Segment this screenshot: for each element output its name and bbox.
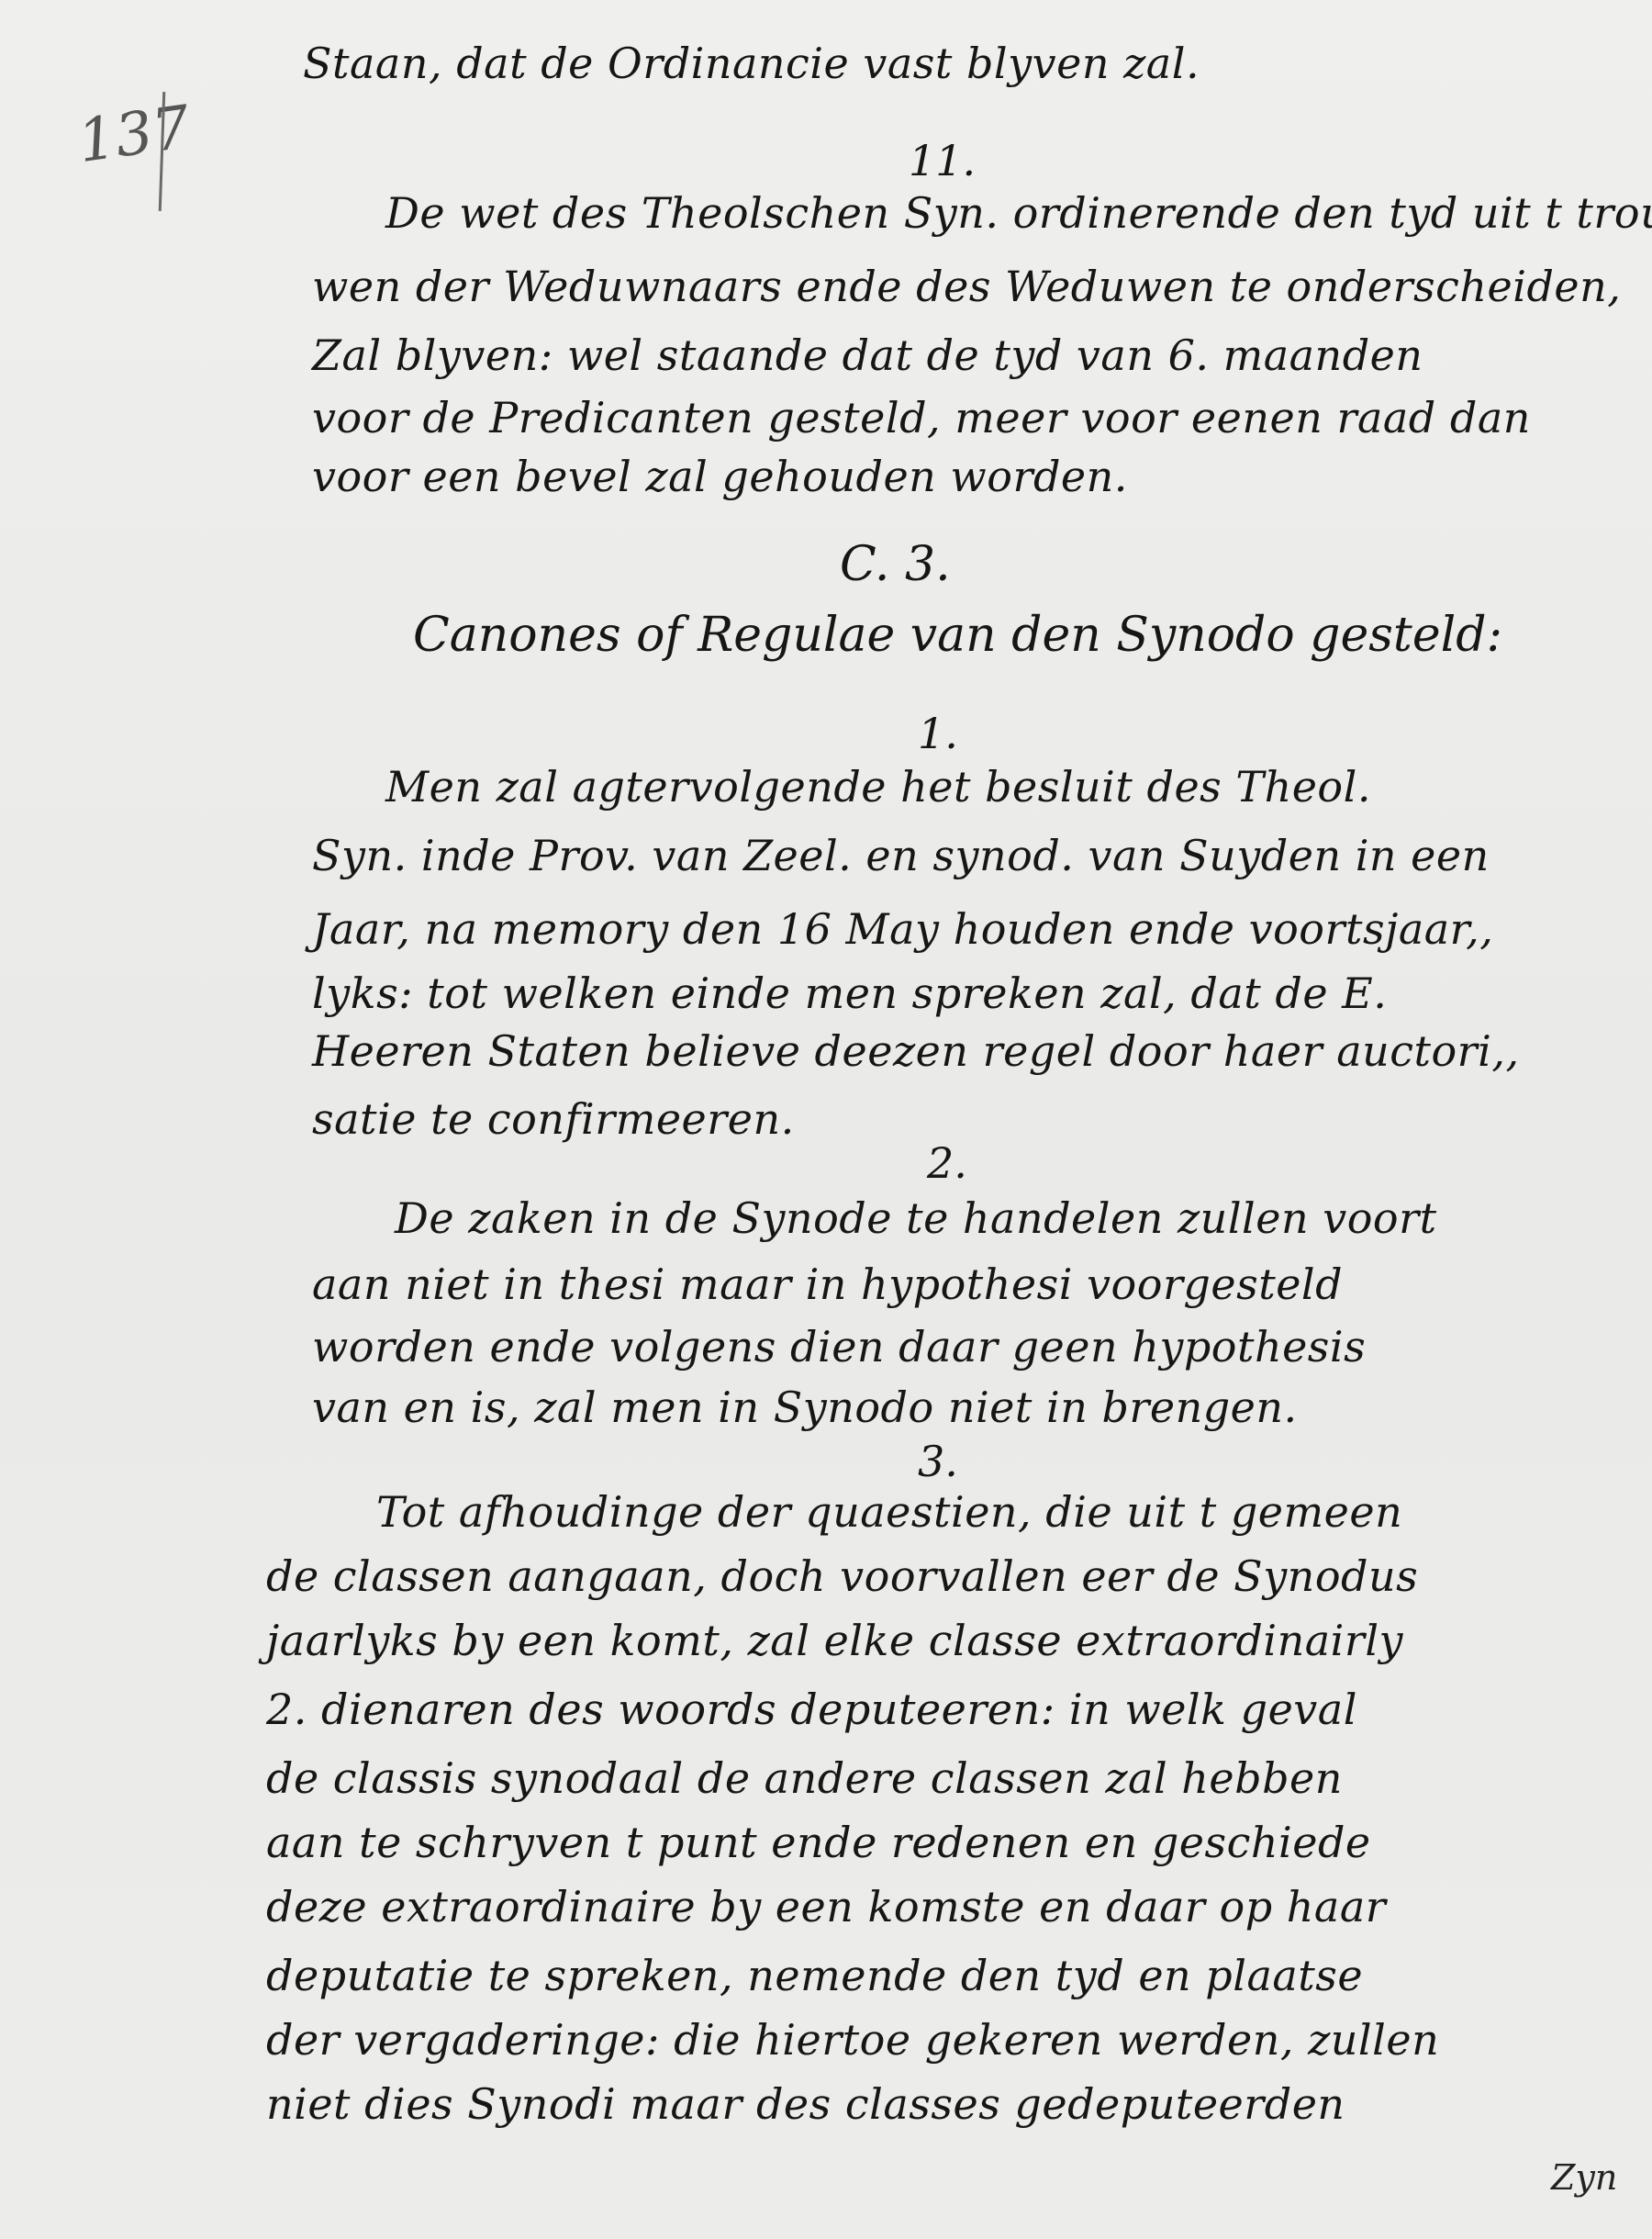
text-line: 2. dienaren des woords deputeeren: in we… xyxy=(266,1685,1357,1734)
text-line: Zal blyven: wel staande dat de tyd van 6… xyxy=(312,330,1423,380)
text-line: Men zal agtervolgende het besluit des Th… xyxy=(385,762,1371,812)
text-line: de classen aangaan, doch voorvallen eer … xyxy=(266,1551,1418,1601)
text-line: Syn. inde Prov. van Zeel. en synod. van … xyxy=(312,831,1490,880)
section-number-1: 1. xyxy=(918,709,958,758)
text-line: deze extraordinaire by een komste en daa… xyxy=(266,1882,1386,1931)
manuscript-page: 137 Staan, dat de Ordinancie vast blyven… xyxy=(0,0,1652,2239)
top-line: Staan, dat de Ordinancie vast blyven zal… xyxy=(303,39,1200,88)
text-line: De wet des Theolschen Syn. ordinerende d… xyxy=(385,188,1652,238)
section-number-11: 11. xyxy=(909,136,976,185)
text-line: de classis synodaal de andere classen za… xyxy=(266,1753,1343,1803)
chapter-label: C. 3. xyxy=(840,537,951,592)
text-line: wen der Weduwnaars ende des Weduwen te o… xyxy=(312,262,1621,311)
text-line: lyks: tot welken einde men spreken zal, … xyxy=(312,968,1387,1018)
text-line: voor een bevel zal gehouden worden. xyxy=(312,452,1128,501)
section-number-2: 2. xyxy=(927,1138,967,1188)
text-line: niet dies Synodi maar des classes gedepu… xyxy=(266,2079,1345,2129)
text-line: worden ende volgens dien daar geen hypot… xyxy=(312,1322,1366,1371)
chapter-title: Canones of Regulae van den Synodo gestel… xyxy=(413,608,1502,663)
text-line: Heeren Staten believe deezen regel door … xyxy=(312,1026,1520,1076)
text-line: der vergaderinge: die hiertoe gekeren we… xyxy=(266,2015,1439,2065)
text-line: satie te confirmeeren. xyxy=(312,1094,795,1144)
text-line: deputatie te spreken, nemende den tyd en… xyxy=(266,1951,1363,2000)
text-line: De zaken in de Synode te handelen zullen… xyxy=(395,1193,1437,1243)
text-line: Tot afhoudinge der quaestien, die uit t … xyxy=(376,1487,1402,1537)
text-line: Jaar, na memory den 16 May houden ende v… xyxy=(312,904,1493,954)
text-line: jaarlyks by een komt, zal elke classe ex… xyxy=(266,1616,1403,1665)
section-number-3: 3. xyxy=(918,1437,958,1486)
folio-number: 137 xyxy=(73,94,194,176)
text-line: aan te schryven t punt ende redenen en g… xyxy=(266,1818,1371,1867)
catchword: Zyn xyxy=(1551,2157,1617,2198)
text-line: van en is, zal men in Synodo niet in bre… xyxy=(312,1383,1298,1432)
text-line: aan niet in thesi maar in hypothesi voor… xyxy=(312,1259,1343,1309)
text-line: voor de Predicanten gesteld, meer voor e… xyxy=(312,393,1531,442)
